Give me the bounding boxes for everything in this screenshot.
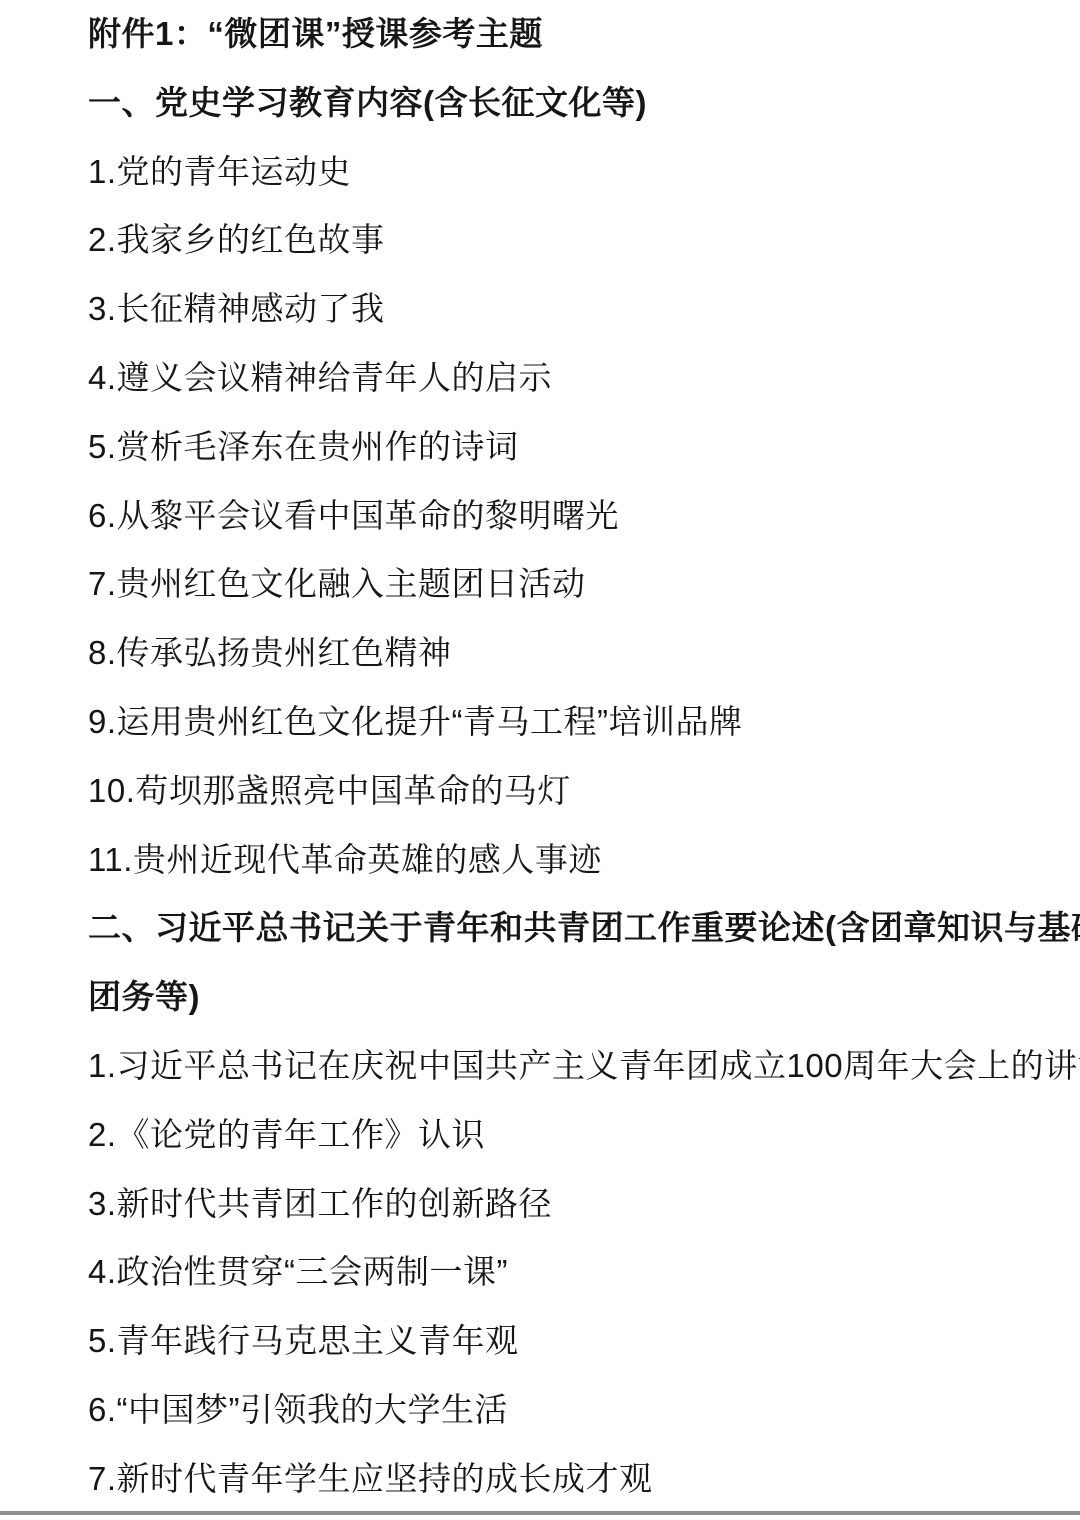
- section-1-item-5: 5.赏析毛泽东在贵州作的诗词: [88, 413, 1050, 482]
- section-1-item-10: 10.苟坝那盏照亮中国革命的马灯: [88, 757, 1050, 826]
- section-1-item-1: 1.党的青年运动史: [88, 138, 1050, 207]
- section-1-heading: 一、党史学习教育内容(含长征文化等): [88, 69, 1050, 138]
- section-2-item-1: 1.习近平总书记在庆祝中国共产主义青年团成立100周年大会上的讲话: [88, 1032, 1050, 1101]
- section-1-item-6: 6.从黎平会议看中国革命的黎明曙光: [88, 482, 1050, 551]
- section-1-item-3: 3.长征精神感动了我: [88, 275, 1050, 344]
- attachment-title: 附件1：“微团课”授课参考主题: [88, 0, 1050, 69]
- section-1-item-7: 7.贵州红色文化融入主题团日活动: [88, 550, 1050, 619]
- section-2-item-2: 2.《论党的青年工作》认识: [88, 1101, 1050, 1170]
- section-2-heading-line-2: 团务等): [88, 963, 1050, 1032]
- section-1-item-2: 2.我家乡的红色故事: [88, 206, 1050, 275]
- section-1-item-9: 9.运用贵州红色文化提升“青马工程”培训品牌: [88, 688, 1050, 757]
- section-1-item-11: 11.贵州近现代革命英雄的感人事迹: [88, 826, 1050, 895]
- page-bottom-divider: [0, 1511, 1080, 1515]
- section-1-item-4: 4.遵义会议精神给青年人的启示: [88, 344, 1050, 413]
- section-2-item-4: 4.政治性贯穿“三会两制一课”: [88, 1238, 1050, 1307]
- section-2-heading-line-1: 二、习近平总书记关于青年和共青团工作重要论述(含团章知识与基础: [88, 894, 1050, 963]
- section-2-item-5: 5.青年践行马克思主义青年观: [88, 1307, 1050, 1376]
- section-1-item-8: 8.传承弘扬贵州红色精神: [88, 619, 1050, 688]
- section-2-item-6: 6.“中国梦”引领我的大学生活: [88, 1376, 1050, 1445]
- section-2-item-7: 7.新时代青年学生应坚持的成长成才观: [88, 1445, 1050, 1514]
- document-body: 附件1：“微团课”授课参考主题 一、党史学习教育内容(含长征文化等) 1.党的青…: [88, 0, 1050, 1514]
- section-2-item-3: 3.新时代共青团工作的创新路径: [88, 1170, 1050, 1239]
